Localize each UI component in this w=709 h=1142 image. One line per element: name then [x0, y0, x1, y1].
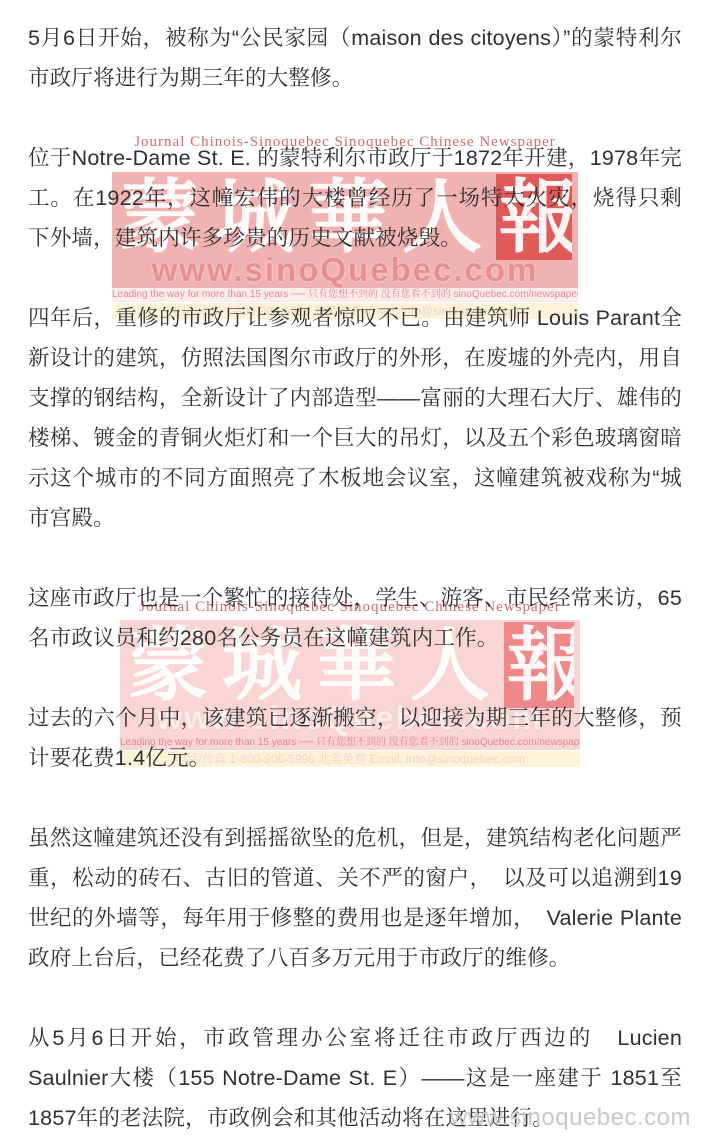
- article-paragraph: 虽然这幢建筑还没有到摇摇欲坠的危机，但是，建筑结构老化问题严重，松动的砖石、古旧…: [28, 818, 682, 978]
- article-page: Journal Chinois-Sinoquebec Sinoquebec Ch…: [0, 0, 709, 1142]
- article-paragraph: 四年后，重修的市政厅让参观者惊叹不已。由建筑师 Louis Parant全新设计…: [28, 298, 682, 538]
- article-paragraph: 5月6日开始，被称为“公民家园（maison des citoyens）”的蒙特…: [28, 18, 682, 98]
- article-paragraph: 位于Notre-Dame St. E. 的蒙特利尔市政厅于1872年开建，197…: [28, 138, 682, 258]
- article-paragraph: 过去的六个月中，该建筑已逐渐搬空，以迎接为期三年的大整修，预计要花费1.4亿元。: [28, 698, 682, 778]
- site-footer-url: www.sinoquebec.com: [450, 1104, 691, 1132]
- article-paragraph: 这座市政厅也是一个繁忙的接待处，学生、游客、市民经常来访，65名市政议员和约28…: [28, 578, 682, 658]
- article-body: 5月6日开始，被称为“公民家园（maison des citoyens）”的蒙特…: [0, 0, 709, 1138]
